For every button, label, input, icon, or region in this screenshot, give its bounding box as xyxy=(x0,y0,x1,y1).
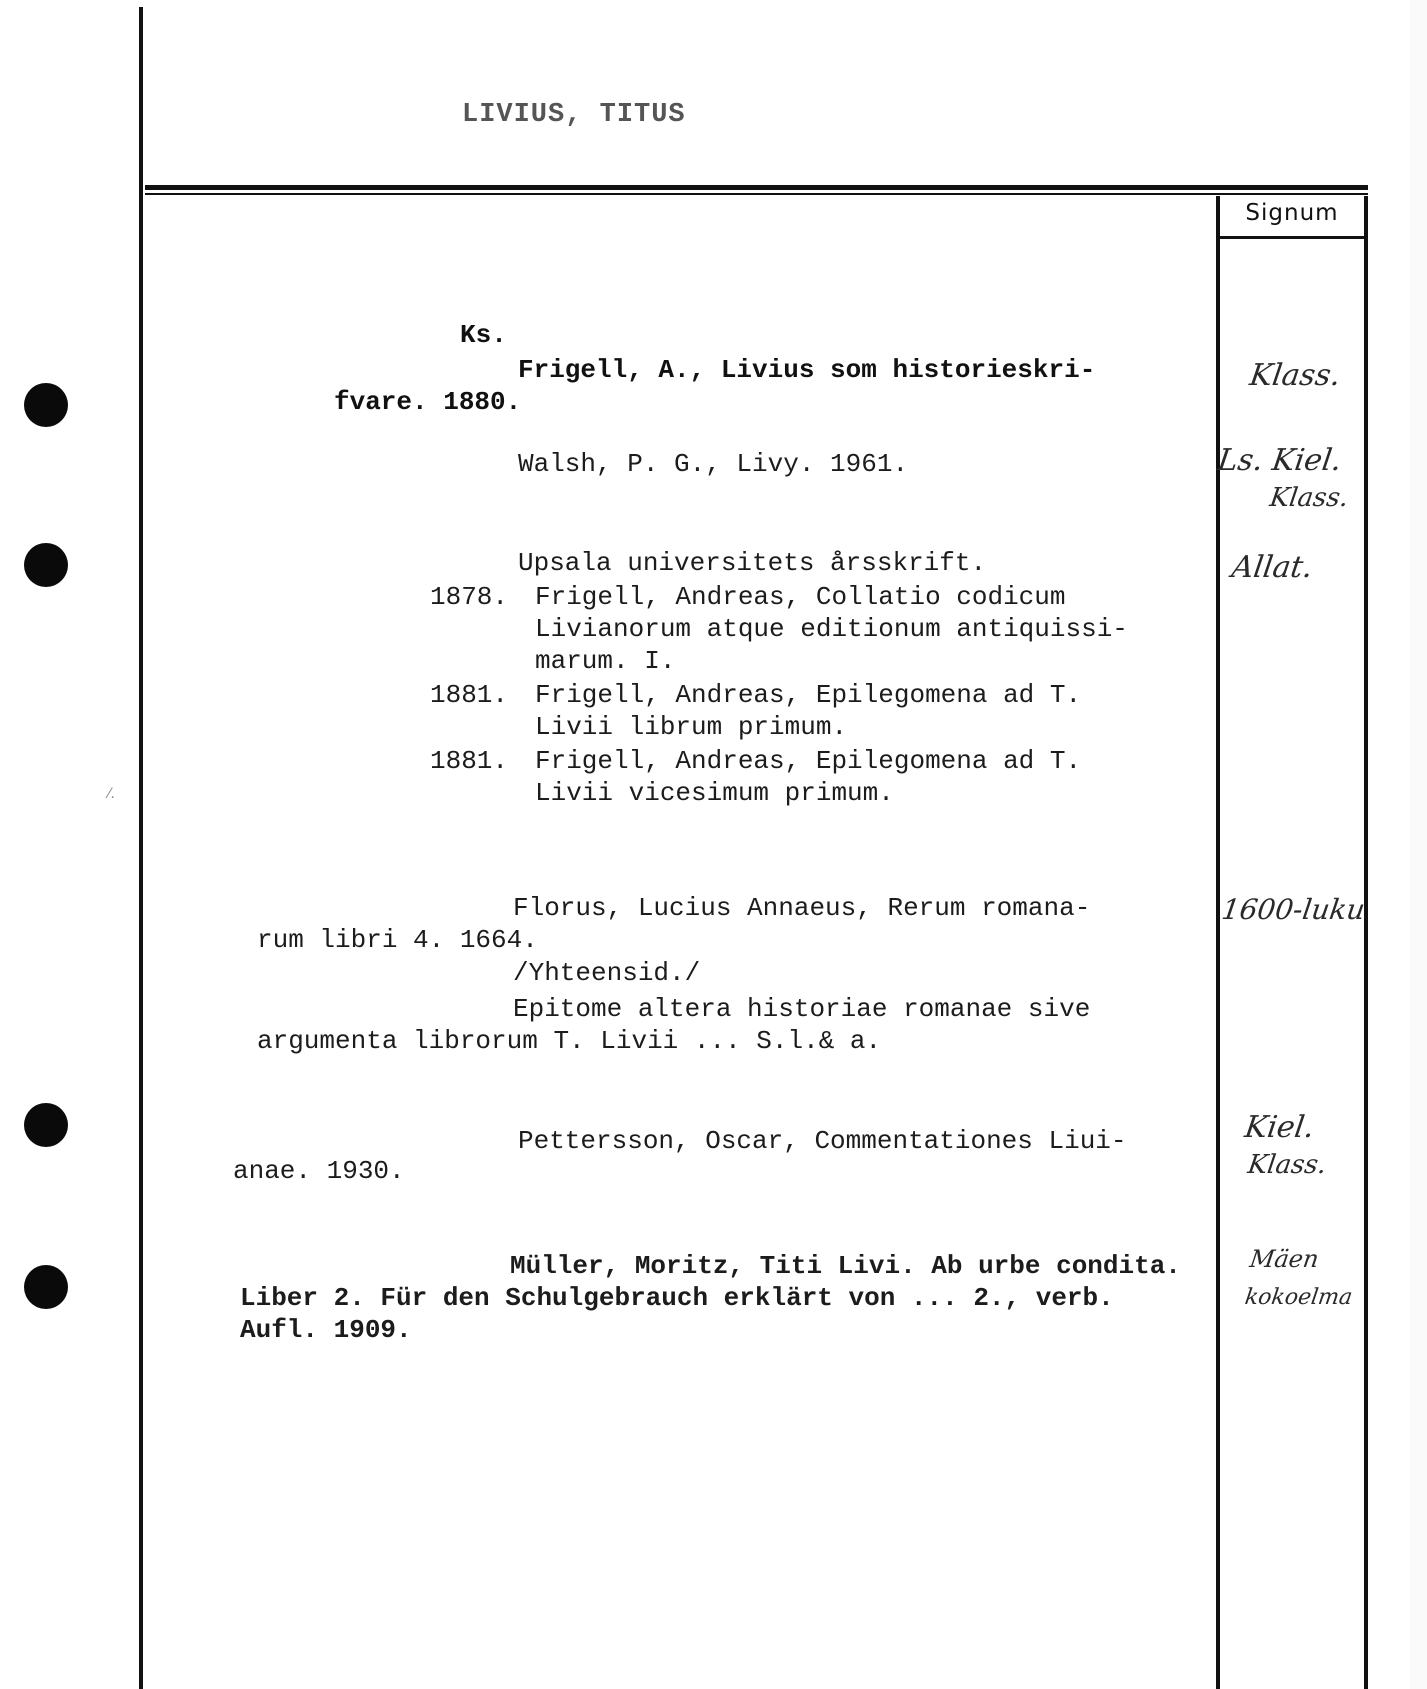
entry-line: anae. 1930. xyxy=(233,1155,405,1187)
card-heading: LIVIUS, TITUS xyxy=(462,100,686,130)
signum-column-right-rule xyxy=(1364,196,1368,1689)
punch-hole xyxy=(24,1103,68,1147)
entry-line: /Yhteensid./ xyxy=(513,957,700,989)
signum-header: Signum xyxy=(1218,200,1366,226)
signum-note: Allat. xyxy=(1230,550,1315,585)
entry-line: Frigell, Andreas, Epilegomena ad T. xyxy=(535,745,1081,777)
entry-line: Livii librum primum. xyxy=(535,711,847,743)
series-year: 1881. xyxy=(430,679,508,711)
signum-column-left-rule xyxy=(1216,196,1220,1689)
entry-line: argumenta librorum T. Livii ... S.l.& a. xyxy=(257,1025,881,1057)
punch-hole xyxy=(24,543,68,587)
entry-line: Florus, Lucius Annaeus, Rerum romana- xyxy=(513,892,1090,924)
entry-line: marum. I. xyxy=(535,645,675,677)
entry-line: Walsh, P. G., Livy. 1961. xyxy=(518,448,908,480)
signum-note: Mäen xyxy=(1248,1245,1320,1273)
signum-note: kokoelma xyxy=(1243,1285,1354,1310)
signum-note: Klass. xyxy=(1268,483,1350,513)
entry-line: Frigell, Andreas, Collatio codicum xyxy=(535,581,1066,613)
header-rule-thin xyxy=(145,193,1368,195)
punch-hole xyxy=(24,1265,68,1309)
entry-line: Frigell, A., Livius som historieskri- xyxy=(518,354,1095,386)
entry-line: Aufl. 1909. xyxy=(240,1314,412,1346)
entry-line: rum libri 4. 1664. xyxy=(257,924,538,956)
series-year: 1881. xyxy=(430,745,508,777)
entry-line: Livianorum atque editionum antiquissi- xyxy=(535,613,1128,645)
entry-line: Epitome altera historiae romanae sive xyxy=(513,993,1090,1025)
entry-line: Müller, Moritz, Titi Livi. Ab urbe condi… xyxy=(510,1250,1181,1282)
signum-note: Kiel. xyxy=(1243,1110,1317,1145)
header-rule-thick xyxy=(145,185,1368,190)
signum-note: 1600-luku xyxy=(1220,893,1367,926)
entry-line: Livii vicesimum primum. xyxy=(535,777,894,809)
series-year: 1878. xyxy=(430,581,508,613)
card-edge xyxy=(1410,0,1427,1689)
punch-hole xyxy=(24,383,68,427)
margin-mark: ⁄. xyxy=(108,786,115,802)
entry-line: Frigell, Andreas, Epilegomena ad T. xyxy=(535,679,1081,711)
signum-note: Klass. xyxy=(1246,1150,1328,1180)
signum-note: Ls. Kiel. xyxy=(1216,443,1344,478)
signum-note: Klass. xyxy=(1248,358,1343,393)
entry-line: Pettersson, Oscar, Commentationes Liui- xyxy=(518,1125,1127,1157)
series-title: Upsala universitets årsskrift. xyxy=(518,547,986,579)
entry-line: fvare. 1880. xyxy=(334,386,521,418)
entry-line: Liber 2. Für den Schulgebrauch erklärt v… xyxy=(240,1282,1114,1314)
see-also-label: Ks. xyxy=(460,319,507,351)
left-margin-rule xyxy=(139,7,143,1689)
signum-header-rule xyxy=(1220,236,1364,239)
